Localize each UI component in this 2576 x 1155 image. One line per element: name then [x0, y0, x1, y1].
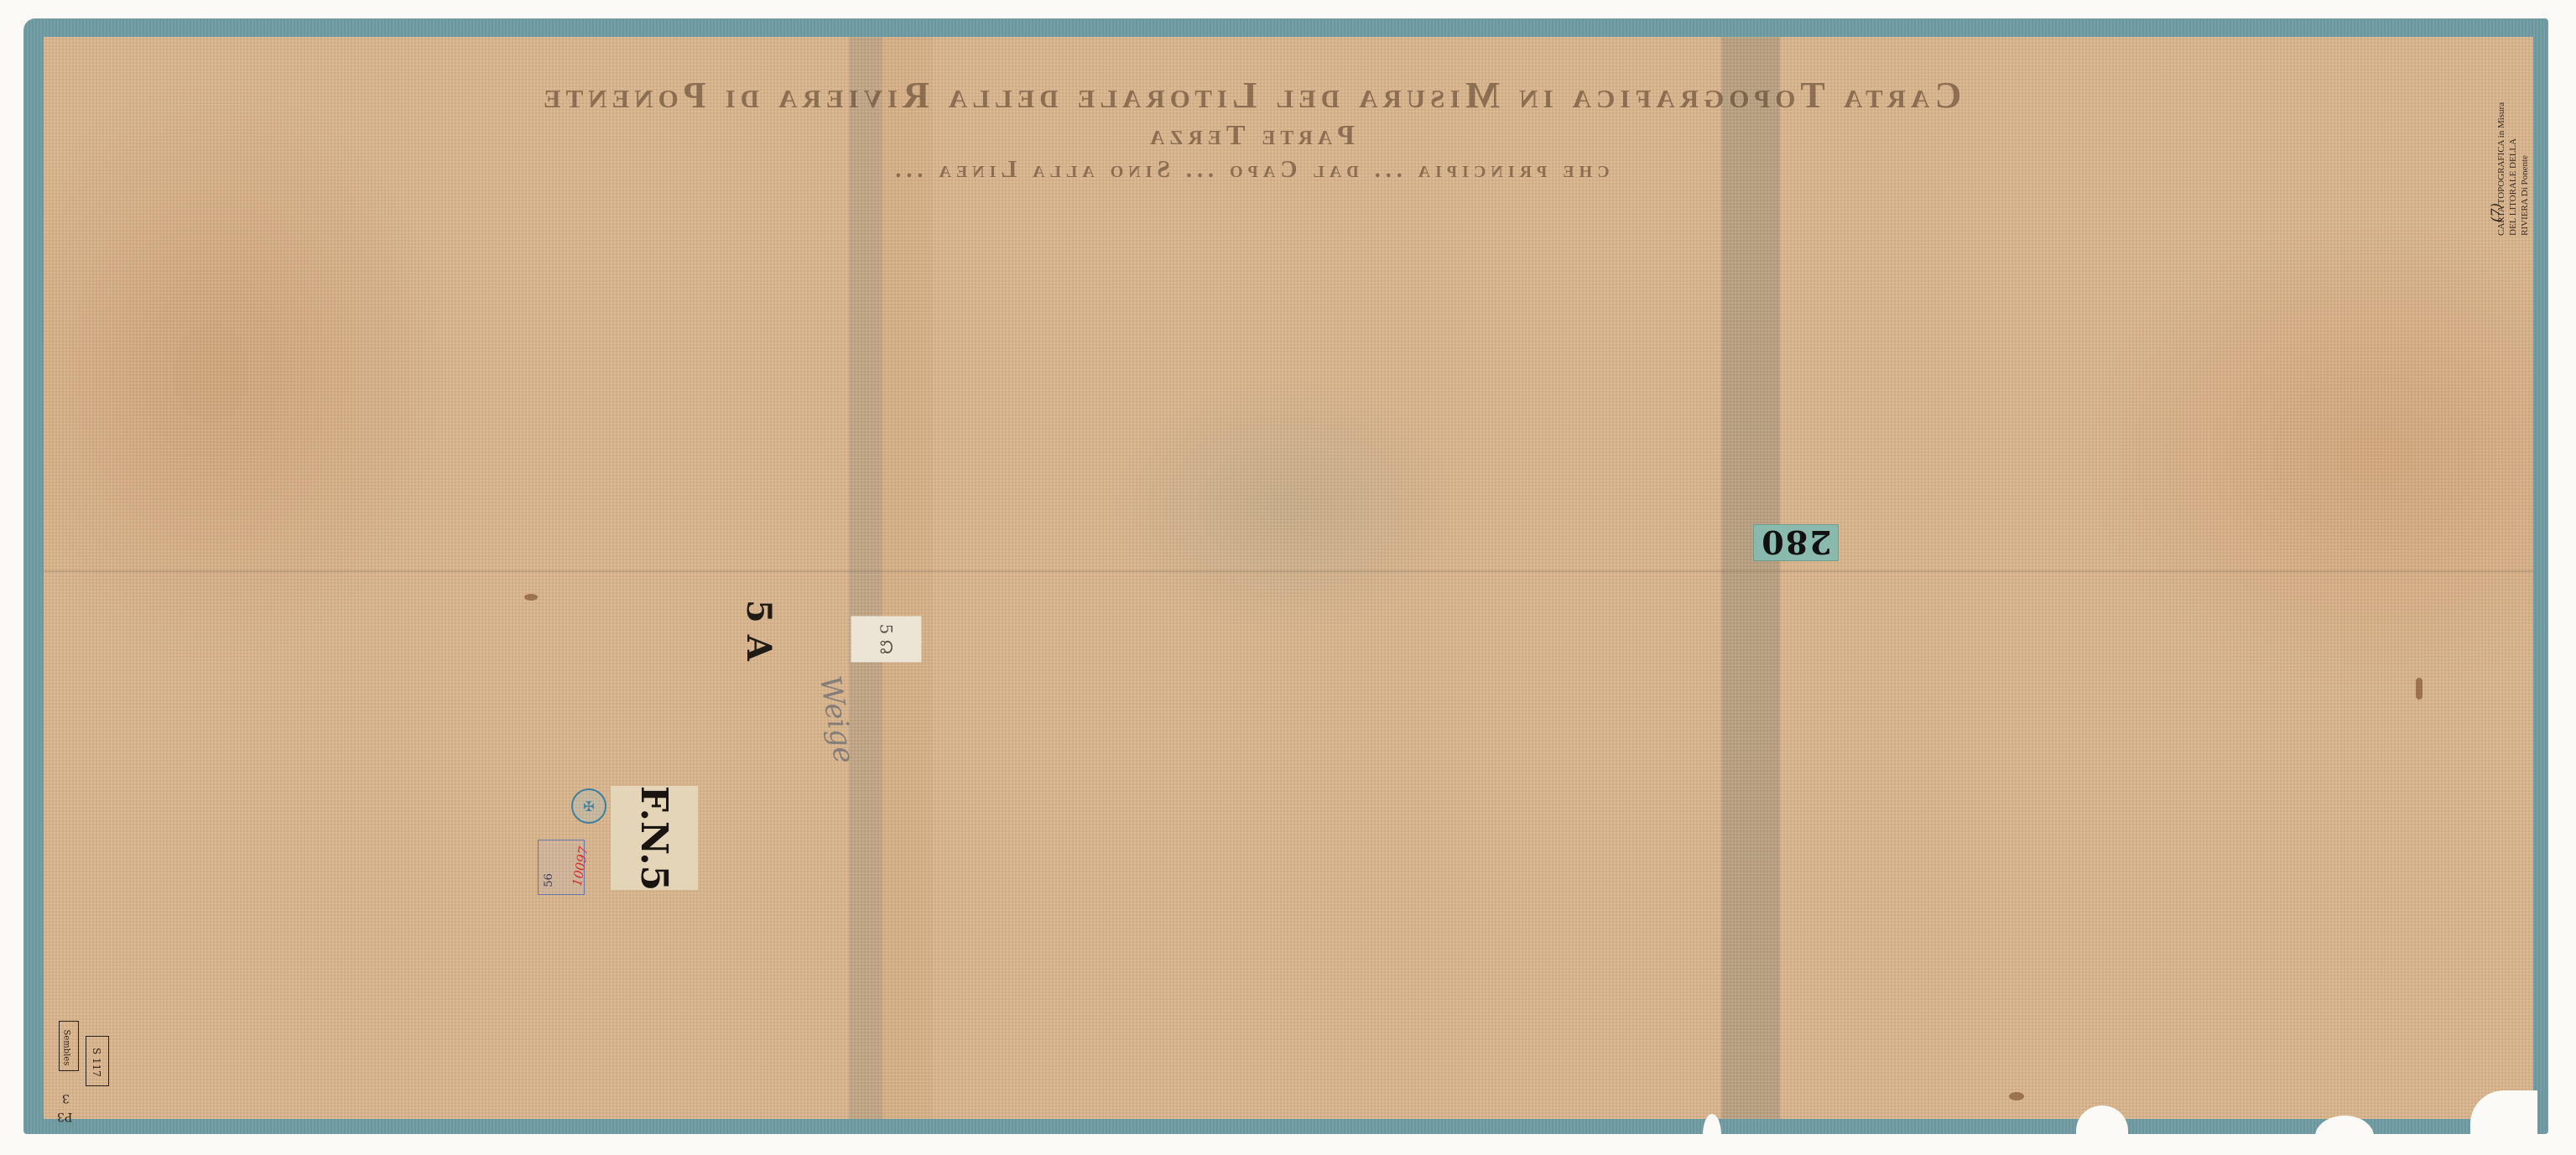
annotation-note-b: P3 — [57, 1110, 72, 1123]
annotation-box-2-text: S 117 — [91, 1048, 102, 1071]
stain-spot — [2416, 678, 2422, 700]
rectangular-archive-stamp: 10097 56 — [538, 840, 585, 895]
title-line-3: che principia ... dal Capo ... Sino alla… — [352, 157, 2147, 184]
spine-line-3: RIVIERA Di Ponente — [2519, 51, 2531, 236]
stamp-number: 56 — [543, 873, 555, 887]
stain-spot — [524, 594, 538, 601]
section-label: 5 A — [739, 600, 778, 661]
stain-spot — [2009, 1092, 2024, 1100]
folder-label: F.N.5 — [611, 786, 698, 890]
folder-label-text: F.N.5 — [633, 785, 676, 890]
linen-map-back — [44, 37, 2533, 1119]
annotation-box-1-text: Sembles — [62, 1030, 71, 1054]
corner-annotations: Sembles S 117 3 P3 — [50, 1011, 134, 1137]
annotation-note-a: 3 — [62, 1091, 70, 1105]
title-line-1: Carta Topografica in Misura del Litorale… — [352, 74, 2147, 117]
torn-edge — [2470, 1090, 2537, 1155]
annotation-box-1: Sembles — [59, 1021, 79, 1071]
round-archive-stamp-icon: ✠ — [571, 788, 606, 824]
inventory-number-label: 280 — [1753, 524, 1839, 561]
spine-number: (7) — [2488, 203, 2504, 222]
bleed-through-title: Carta Topografica in Misura del Litorale… — [352, 74, 2147, 184]
spine-line-2: DEL LITORALE DELLA — [2507, 51, 2519, 236]
annotation-box-2: S 117 — [86, 1036, 109, 1086]
horizontal-fold-line — [44, 570, 2533, 572]
title-line-2: Parte Terza — [352, 120, 2147, 152]
torn-edge — [2315, 1116, 2374, 1155]
torn-edge — [2076, 1106, 2128, 1155]
small-paper-tag: 5 ☊ — [851, 617, 922, 663]
torn-edge — [1703, 1114, 1721, 1155]
